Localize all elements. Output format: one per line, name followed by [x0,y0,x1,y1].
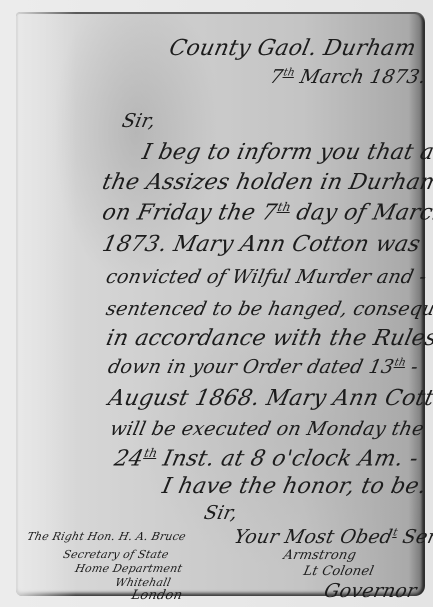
text: on Friday the [100,200,265,225]
date-suffix: th [282,67,296,79]
addressee-line-2: Secretary of State [62,548,170,561]
signature-name: Armstrong [282,548,358,563]
body-line-1: I beg to inform you that at [140,140,433,165]
addressee-line-3: Home Department [74,562,183,575]
signature-title: Governor [322,580,419,602]
faded-left-margin [16,12,76,596]
date-rest: March 1873. [298,66,428,88]
text: down in your Order dated 13 [106,356,396,378]
text: Your Most Obed [232,526,395,548]
body-line-9: August 1868. Mary Ann Cotton [106,386,433,411]
text: 24 [112,446,146,471]
text: day of March [287,200,433,225]
body-line-2: the Assizes holden in Durham [100,170,433,195]
text: Servant [394,526,433,548]
addressee-line-5: London [130,588,184,603]
header-date: 7th March 1873. [268,66,428,88]
body-line-10: will be executed on Monday the [108,418,426,440]
body-line-8: down in your Order dated 13th - [106,356,420,378]
closing-line: I have the honor, to be. [160,474,429,499]
addressee-line-1: The Right Hon. H. A. Bruce [26,530,187,543]
body-line-6: sentenced to be hanged, consequently [104,298,433,320]
body-line-7: in accordance with the Rules laid [104,326,433,351]
text: Inst. at 8 o'clock Am. - [153,446,420,471]
body-line-3: on Friday the 7th day of March [100,200,433,225]
signature-rank: Lt Colonel [302,564,375,579]
closing-sir: Sir, [202,502,240,524]
body-line-5: convicted of Wilful Murder and - [104,266,429,288]
body-line-4: 1873. Mary Ann Cotton was [100,232,423,257]
signature-line: Your Most Obedt Servant [232,526,433,548]
salutation: Sir, [120,110,158,132]
body-line-11: 24th Inst. at 8 o'clock Am. - [112,446,420,471]
header-place: County Gaol. Durham [167,36,418,61]
